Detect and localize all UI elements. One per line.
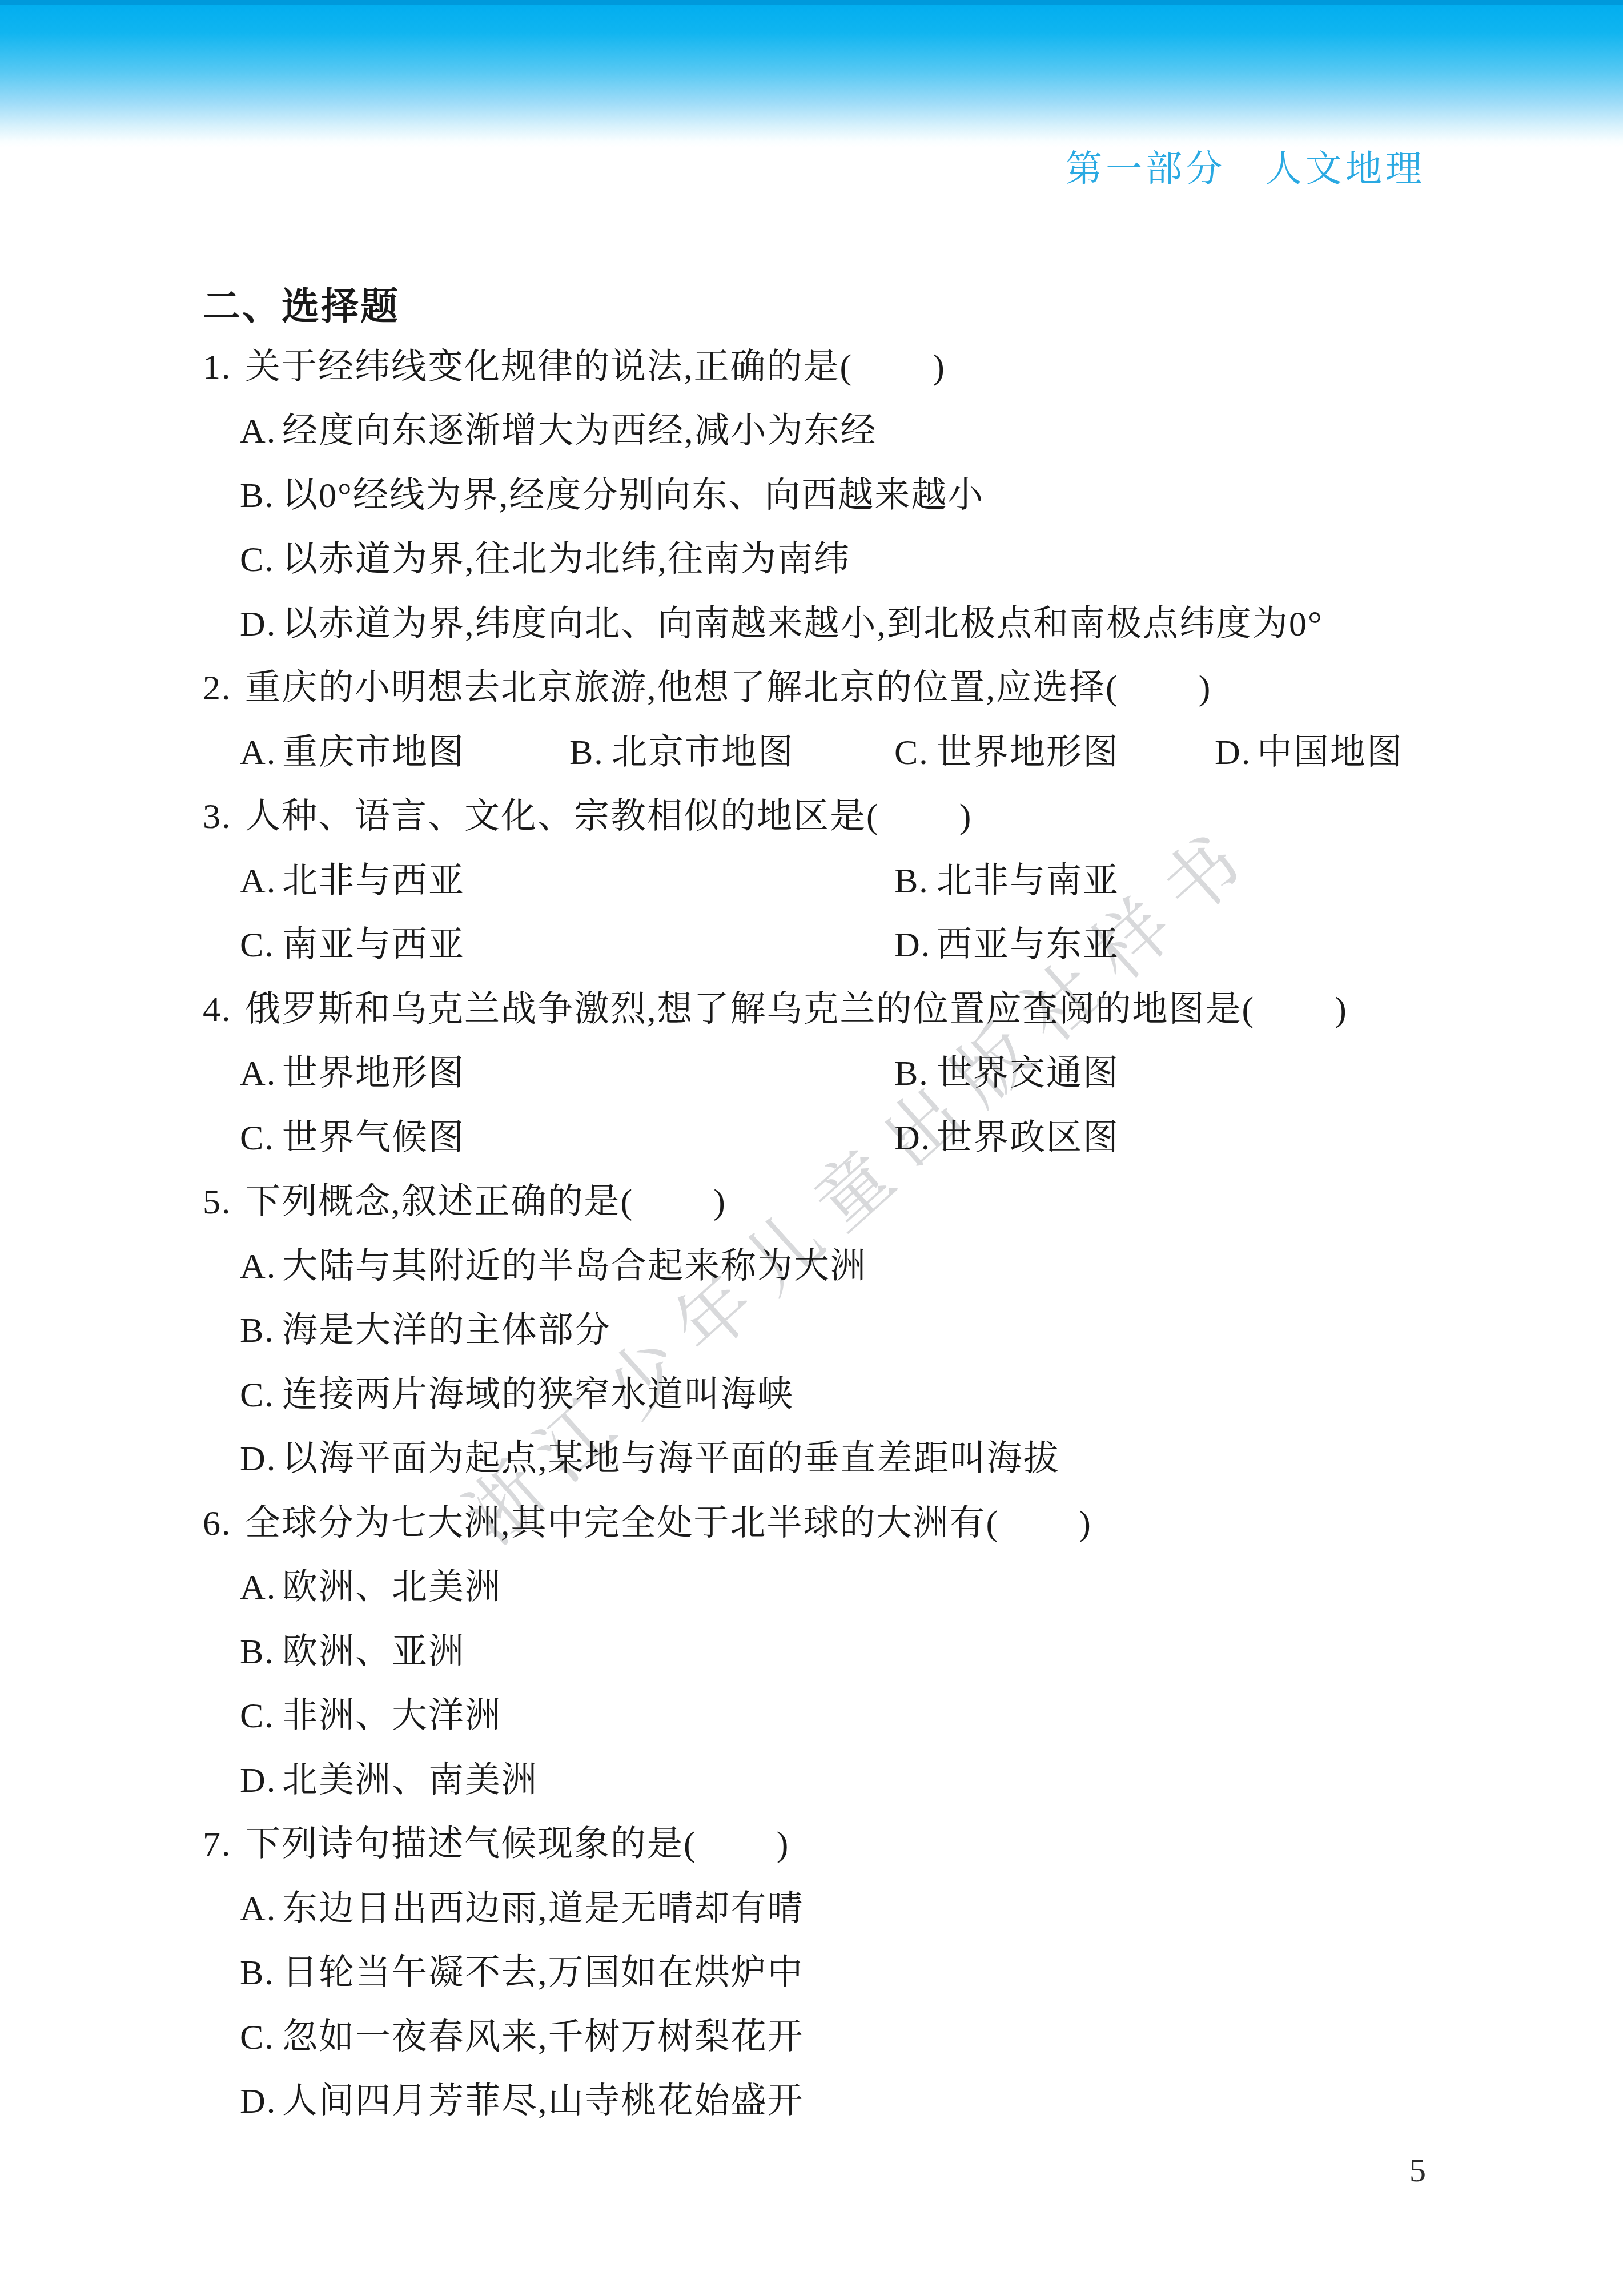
option-text: 中国地图 bbox=[1257, 733, 1403, 772]
option-label: C. bbox=[240, 1694, 282, 1738]
option-text: 以赤道为界,往北为北纬,往南为南纬 bbox=[282, 540, 850, 579]
option-text: 世界交通图 bbox=[937, 1054, 1119, 1093]
question-5-option-b: B.海是大洋的主体部分 bbox=[240, 1308, 611, 1353]
option-text: 忽如一夜春风来,千树万树梨花开 bbox=[282, 2018, 804, 2057]
option-text: 欧洲、亚洲 bbox=[282, 1632, 465, 1671]
option-label: D. bbox=[1215, 730, 1257, 775]
option-label: A. bbox=[240, 409, 282, 453]
option-label: C. bbox=[240, 1373, 282, 1417]
question-7-option-a: A.东边日出西边雨,道是无晴却有晴 bbox=[240, 1887, 804, 1931]
question-1-option-d: D.以赤道为界,纬度向北、向南越来越小,到北极点和南极点纬度为0° bbox=[240, 602, 1323, 646]
question-4-text: 俄罗斯和乌克兰战争激烈,想了解乌克兰的位置应查阅的地图是( ) bbox=[245, 990, 1348, 1029]
question-1-option-b: B.以0°经线为界,经度分别向东、向西越来越小 bbox=[240, 473, 984, 518]
section-title: 二、选择题 bbox=[203, 284, 400, 328]
page-header-title: 第一部分 人文地理 bbox=[1066, 148, 1425, 190]
option-label: B. bbox=[894, 859, 937, 903]
question-4-option-a: A.世界地形图 bbox=[240, 1051, 465, 1096]
option-label: B. bbox=[240, 1630, 282, 1674]
question-1-stem: 1.关于经纬线变化规律的说法,正确的是( ) bbox=[203, 345, 946, 389]
option-text: 海是大洋的主体部分 bbox=[282, 1311, 611, 1350]
option-label: A. bbox=[240, 1887, 282, 1931]
question-5-text: 下列概念,叙述正确的是( ) bbox=[245, 1183, 726, 1221]
option-text: 大陆与其附近的半岛合起来称为大洲 bbox=[282, 1247, 867, 1286]
option-text: 人间四月芳菲尽,山寺桃花始盛开 bbox=[282, 2082, 804, 2121]
option-label: D. bbox=[240, 1437, 282, 1481]
question-3-options-row-1: A.北非与西亚 B.北非与南亚 bbox=[240, 859, 1456, 903]
option-label: C. bbox=[240, 1116, 282, 1160]
option-text: 重庆市地图 bbox=[282, 733, 465, 772]
question-4-option-c: C.世界气候图 bbox=[240, 1116, 465, 1160]
question-2-option-b: B.北京市地图 bbox=[569, 730, 794, 775]
option-text: 北京市地图 bbox=[612, 733, 794, 772]
question-3-option-c: C.南亚与西亚 bbox=[240, 923, 465, 967]
option-label: D. bbox=[894, 923, 937, 967]
option-label: B. bbox=[240, 1951, 282, 1995]
option-label: C. bbox=[240, 923, 282, 967]
option-label: B. bbox=[240, 1308, 282, 1353]
question-2-options: A.重庆市地图 B.北京市地图 C.世界地形图 D.中国地图 bbox=[240, 730, 1456, 775]
question-2-option-d: D.中国地图 bbox=[1215, 730, 1403, 775]
question-6-number: 6. bbox=[203, 1501, 245, 1546]
option-label: B. bbox=[240, 473, 282, 518]
option-label: B. bbox=[569, 730, 612, 775]
question-7-text: 下列诗句描述气候现象的是( ) bbox=[245, 1825, 789, 1864]
question-4-options-row-2: C.世界气候图 D.世界政区图 bbox=[240, 1116, 1456, 1160]
option-text: 欧洲、北美洲 bbox=[282, 1568, 501, 1607]
option-text: 世界气候图 bbox=[282, 1119, 465, 1157]
question-6-text: 全球分为七大洲,其中完全处于北半球的大洲有( ) bbox=[245, 1504, 1092, 1543]
question-4-stem: 4.俄罗斯和乌克兰战争激烈,想了解乌克兰的位置应查阅的地图是( ) bbox=[203, 987, 1348, 1032]
question-6-option-b: B.欧洲、亚洲 bbox=[240, 1630, 465, 1674]
option-label: A. bbox=[240, 730, 282, 775]
question-7-option-b: B.日轮当午凝不去,万国如在烘炉中 bbox=[240, 1951, 804, 1995]
question-5-number: 5. bbox=[203, 1180, 245, 1224]
question-4-option-b: B.世界交通图 bbox=[894, 1051, 1119, 1096]
option-text: 日轮当午凝不去,万国如在烘炉中 bbox=[282, 1953, 804, 1992]
option-text: 世界政区图 bbox=[937, 1119, 1119, 1157]
question-7-option-d: D.人间四月芳菲尽,山寺桃花始盛开 bbox=[240, 2079, 804, 2124]
question-6-option-c: C.非洲、大洋洲 bbox=[240, 1694, 501, 1738]
question-3-stem: 3.人种、语言、文化、宗教相似的地区是( ) bbox=[203, 794, 972, 839]
header-gradient-band bbox=[0, 0, 1623, 147]
option-label: D. bbox=[240, 2079, 282, 2124]
question-3-number: 3. bbox=[203, 794, 245, 839]
question-3-option-b: B.北非与南亚 bbox=[894, 859, 1119, 903]
option-text: 以0°经线为界,经度分别向东、向西越来越小 bbox=[282, 476, 984, 515]
question-6-option-a: A.欧洲、北美洲 bbox=[240, 1565, 501, 1610]
option-label: A. bbox=[240, 1051, 282, 1096]
option-text: 连接两片海域的狭窄水道叫海峡 bbox=[282, 1376, 794, 1414]
question-4-options-row-1: A.世界地形图 B.世界交通图 bbox=[240, 1051, 1456, 1096]
question-4-number: 4. bbox=[203, 987, 245, 1032]
option-text: 西亚与东亚 bbox=[937, 926, 1119, 964]
question-3-option-d: D.西亚与东亚 bbox=[894, 923, 1119, 967]
question-2-number: 2. bbox=[203, 666, 245, 710]
question-2-option-a: A.重庆市地图 bbox=[240, 730, 465, 775]
option-text: 世界地形图 bbox=[937, 733, 1119, 772]
header-top-stripe bbox=[0, 0, 1623, 5]
question-7-option-c: C.忽如一夜春风来,千树万树梨花开 bbox=[240, 2015, 804, 2060]
option-text: 世界地形图 bbox=[282, 1054, 465, 1093]
question-7-number: 7. bbox=[203, 1822, 245, 1867]
option-label: A. bbox=[240, 1565, 282, 1610]
option-text: 以海平面为起点,某地与海平面的垂直差距叫海拔 bbox=[282, 1439, 1060, 1478]
question-2-stem: 2.重庆的小明想去北京旅游,他想了解北京的位置,应选择( ) bbox=[203, 666, 1211, 710]
option-text: 北非与西亚 bbox=[282, 862, 465, 900]
question-6-option-d: D.北美洲、南美洲 bbox=[240, 1758, 538, 1803]
question-1-option-c: C.以赤道为界,往北为北纬,往南为南纬 bbox=[240, 537, 850, 582]
question-1-number: 1. bbox=[203, 345, 245, 389]
option-label: D. bbox=[894, 1116, 937, 1160]
question-3-option-a: A.北非与西亚 bbox=[240, 859, 465, 903]
option-label: C. bbox=[240, 537, 282, 582]
option-text: 北非与南亚 bbox=[937, 862, 1119, 900]
question-4-option-d: D.世界政区图 bbox=[894, 1116, 1119, 1160]
page-number: 5 bbox=[1409, 2154, 1426, 2187]
option-label: C. bbox=[240, 2015, 282, 2060]
question-2-option-c: C.世界地形图 bbox=[894, 730, 1119, 775]
option-label: B. bbox=[894, 1051, 937, 1096]
question-3-options-row-2: C.南亚与西亚 D.西亚与东亚 bbox=[240, 923, 1456, 967]
option-label: A. bbox=[240, 859, 282, 903]
option-text: 非洲、大洋洲 bbox=[282, 1696, 501, 1735]
workbook-page: 第一部分 人文地理 浙江少年儿童出版社样书 二、选择题 1.关于经纬线变化规律的… bbox=[0, 0, 1623, 2296]
question-5-option-a: A.大陆与其附近的半岛合起来称为大洲 bbox=[240, 1244, 867, 1289]
question-2-text: 重庆的小明想去北京旅游,他想了解北京的位置,应选择( ) bbox=[245, 669, 1211, 707]
option-label: A. bbox=[240, 1244, 282, 1289]
option-text: 北美洲、南美洲 bbox=[282, 1761, 538, 1800]
option-text: 东边日出西边雨,道是无晴却有晴 bbox=[282, 1889, 804, 1928]
option-text: 南亚与西亚 bbox=[282, 926, 465, 964]
option-text: 以赤道为界,纬度向北、向南越来越小,到北极点和南极点纬度为0° bbox=[282, 605, 1323, 644]
option-label: D. bbox=[240, 1758, 282, 1803]
question-5-option-c: C.连接两片海域的狭窄水道叫海峡 bbox=[240, 1373, 794, 1417]
option-text: 经度向东逐渐增大为西经,减小为东经 bbox=[282, 412, 877, 451]
option-label: D. bbox=[240, 602, 282, 646]
question-5-stem: 5.下列概念,叙述正确的是( ) bbox=[203, 1180, 726, 1224]
question-3-text: 人种、语言、文化、宗教相似的地区是( ) bbox=[245, 797, 972, 836]
question-1-option-a: A.经度向东逐渐增大为西经,减小为东经 bbox=[240, 409, 877, 453]
option-label: C. bbox=[894, 730, 937, 775]
question-6-stem: 6.全球分为七大洲,其中完全处于北半球的大洲有( ) bbox=[203, 1501, 1092, 1546]
question-5-option-d: D.以海平面为起点,某地与海平面的垂直差距叫海拔 bbox=[240, 1437, 1060, 1481]
question-1-text: 关于经纬线变化规律的说法,正确的是( ) bbox=[245, 348, 946, 387]
question-7-stem: 7.下列诗句描述气候现象的是( ) bbox=[203, 1822, 789, 1867]
